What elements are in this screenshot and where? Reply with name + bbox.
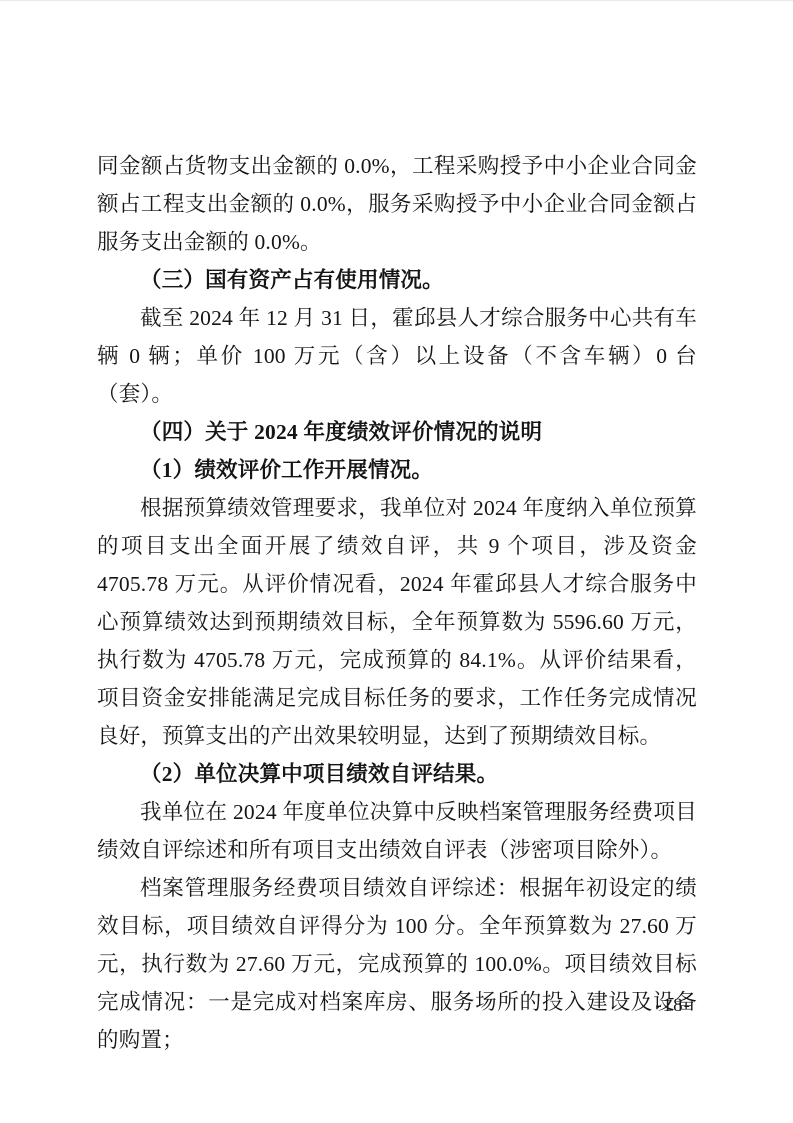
section-heading: （三）国有资产占有使用情况。 <box>97 261 697 299</box>
document-body: 同金额占货物支出金额的 0.0%，工程采购授予中小企业合同金额占工程支出金额的 … <box>97 147 697 1059</box>
section-heading: （四）关于 2024 年度绩效评价情况的说明 <box>97 413 697 451</box>
paragraph: 我单位在 2024 年度单位决算中反映档案管理服务经费项目绩效自评综述和所有项目… <box>97 793 697 869</box>
section-heading: （1）绩效评价工作开展情况。 <box>97 451 697 489</box>
document-page: 同金额占货物支出金额的 0.0%，工程采购授予中小企业合同金额占工程支出金额的 … <box>0 0 793 1123</box>
paragraph: 截至 2024 年 12 月 31 日，霍邱县人才综合服务中心共有车辆 0 辆；… <box>97 299 697 413</box>
paragraph: 根据预算绩效管理要求，我单位对 2024 年度纳入单位预算的项目支出全面开展了绩… <box>97 489 697 755</box>
page-number: -18- <box>655 995 691 1017</box>
paragraph: 档案管理服务经费项目绩效自评综述：根据年初设定的绩效目标，项目绩效自评得分为 1… <box>97 869 697 1059</box>
paragraph: 同金额占货物支出金额的 0.0%，工程采购授予中小企业合同金额占工程支出金额的 … <box>97 147 697 261</box>
section-heading: （2）单位决算中项目绩效自评结果。 <box>97 755 697 793</box>
